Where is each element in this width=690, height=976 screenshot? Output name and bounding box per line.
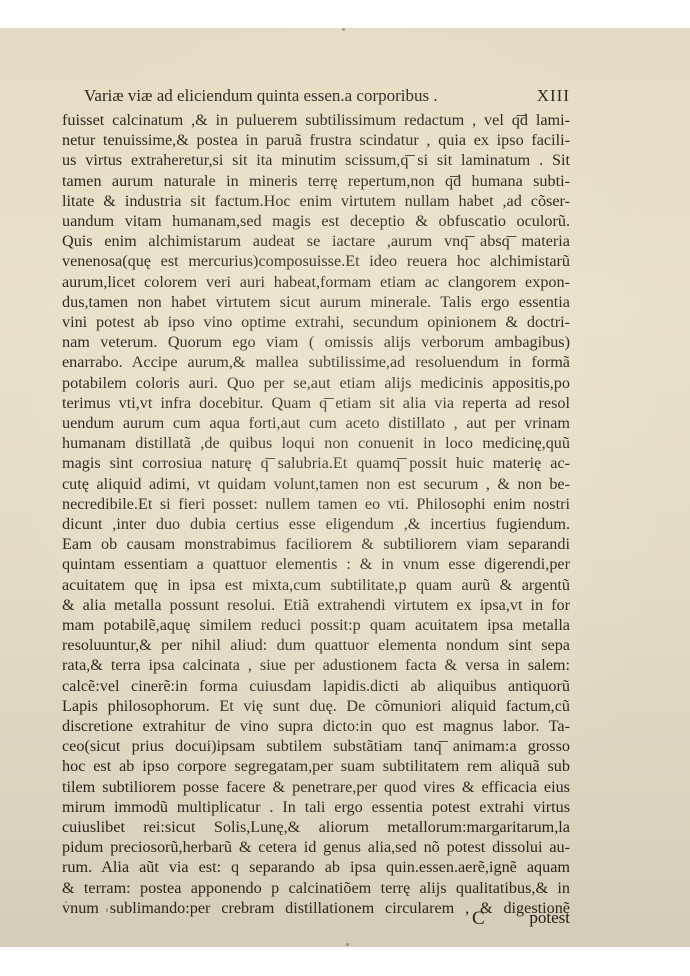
text-line: discretione extrahitur de vino supra dic…: [62, 716, 570, 736]
text-line: netur tenuissime,& postea in paruã frust…: [62, 130, 570, 150]
text-line: quintam essentiam a quattuor elementis :…: [62, 554, 570, 574]
text-line: rata,& terra ipsa calcinata , siue per a…: [62, 655, 570, 675]
text-line: enarrabo. Accipe aurum,& mallea subtilis…: [62, 352, 570, 372]
text-line: aurum,licet colorem veri auri habeat,for…: [62, 272, 570, 292]
text-line: dicunt ,inter duo dubia certius esse eli…: [62, 514, 570, 534]
text-line: ceo(sicut prius docui)ipsam subtilem sub…: [62, 736, 570, 756]
text-line: mam potabilẽ,aquę similem reduci possit:…: [62, 615, 570, 635]
text-line: resoluuntur,& per nihil aliud: dum quatt…: [62, 635, 570, 655]
text-line: calcẽ:vel cinerẽ:in forma cuiusdam lapid…: [62, 676, 570, 696]
text-line: Quis enim alchimistarum audeat se iactar…: [62, 231, 570, 251]
text-line: vini potest ab ipso vino optime extrahi,…: [62, 312, 570, 332]
text-line: uendum aurum cum aqua forti,aut cum acet…: [62, 413, 570, 433]
text-line: uandum vitam humanam,sed magis est decep…: [62, 211, 570, 231]
running-head: Variæ viæ ad eliciendum quinta essen.a c…: [84, 86, 570, 106]
page-speck: [342, 28, 345, 31]
text-line: terimus vti,vt infra docebitur. Quam q͞ …: [62, 393, 570, 413]
text-line: rum. Alia aũt via est: q separando ab ip…: [62, 857, 570, 877]
catchword-line: C potest: [470, 908, 570, 930]
text-line: & terram: postea apponendo p calcinatiõe…: [62, 878, 570, 898]
text-line: tamen aurum naturale in mineris terrę re…: [62, 171, 570, 191]
text-line: cuiuslibet rei:sicut Solis,Lunę,& alioru…: [62, 817, 570, 837]
text-line: & alia metalla possunt resolui. Etiã ext…: [62, 595, 570, 615]
text-line: necredibile.Et si fieri posset: nullem t…: [62, 494, 570, 514]
page-speck: [346, 943, 349, 946]
text-line: tilem subtiliorem posse facere & penetra…: [62, 777, 570, 797]
text-line: fuisset calcinatum ,& in puluerem subtil…: [62, 110, 570, 130]
text-line: acuitatem quę in ipsa est mixta,cum subt…: [62, 575, 570, 595]
text-line: litate & industria sit factum.Hoc enim v…: [62, 191, 570, 211]
text-line: Eam ob causam monstrabimus faciliorem & …: [62, 534, 570, 554]
catchword: potest: [529, 908, 570, 930]
text-line: cutę aliquid adimi, vt quidam volunt,tam…: [62, 474, 570, 494]
folio-number: XIII: [537, 86, 570, 106]
page-speck: [106, 908, 108, 912]
text-line: us virtus extraheretur,si sit ita minuti…: [62, 150, 570, 170]
text-line: pidum preciosorũ,herbarũ & cetera id gen…: [62, 837, 570, 857]
text-line: humanam distillatã ,de quibus loqui non …: [62, 433, 570, 453]
text-line: hoc est ab ipso corpore segregatam,per s…: [62, 756, 570, 776]
book-page: Variæ viæ ad eliciendum quinta essen.a c…: [0, 28, 690, 947]
text-line: venenosa(quę est mercurius)composuisse.E…: [62, 251, 570, 271]
signature-mark: C: [470, 908, 485, 930]
text-line: nam veterum. Quorum ego viam ( omissis a…: [62, 332, 570, 352]
text-line: potabilem coloris auri. Quo per se,aut e…: [62, 373, 570, 393]
text-line: magis sint corrosiua naturę q͞ salubria.…: [62, 453, 570, 473]
text-line: mirum immodũ multiplicatur . In tali erg…: [62, 797, 570, 817]
running-head-title: Variæ viæ ad eliciendum quinta essen.a c…: [84, 86, 438, 106]
page-speck: [65, 901, 67, 903]
text-line: dus,tamen non habet virtutem sicut aurum…: [62, 292, 570, 312]
text-line: Lapis philosophorum. Et vię sunt duę. De…: [62, 696, 570, 716]
